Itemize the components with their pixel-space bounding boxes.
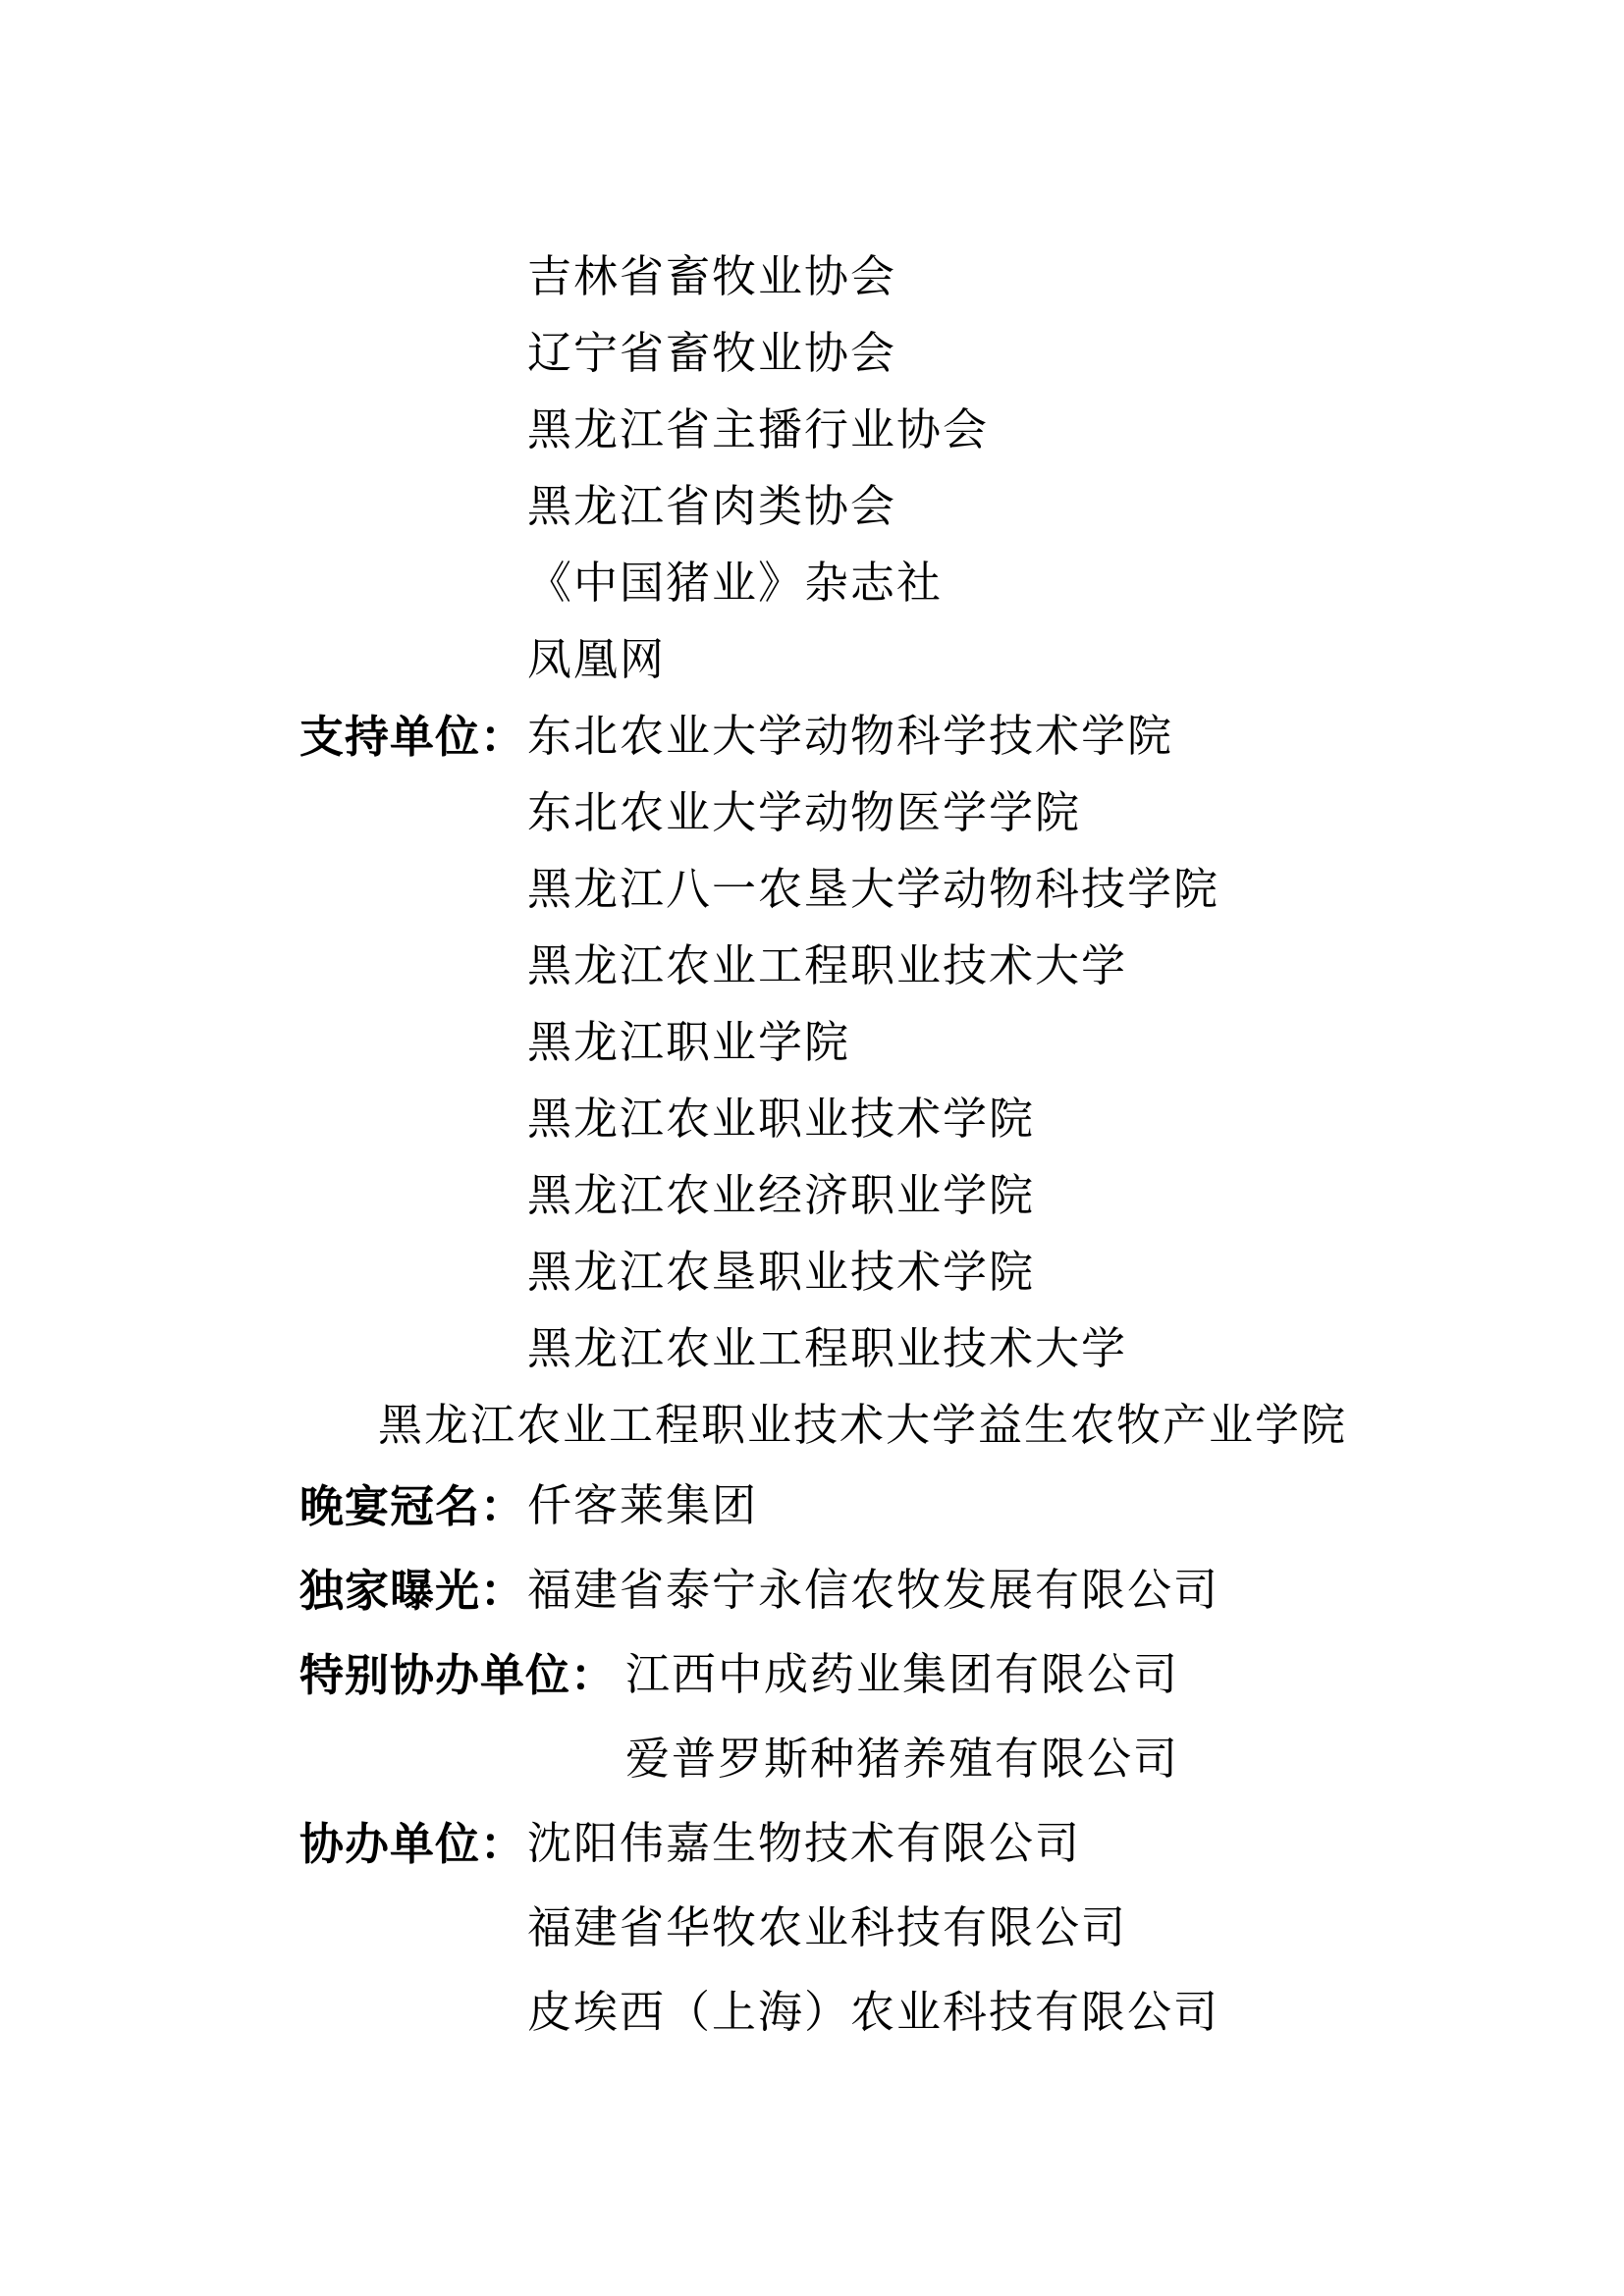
organization-name: 黑龙江农业工程职业技术大学 bbox=[527, 1327, 1127, 1371]
document-line: 皮埃西（上海）农业科技有限公司 bbox=[0, 1970, 1624, 2055]
organization-name: 东北农业大学动物科学技术学院 bbox=[527, 715, 1173, 759]
document-line: 晚宴冠名：仟客莱集团 bbox=[0, 1464, 1624, 1548]
document-line: 黑龙江农业职业技术学院 bbox=[0, 1081, 1624, 1157]
organization-name: 辽宁省畜牧业协会 bbox=[527, 332, 896, 376]
organization-name: 福建省泰宁永信农牧发展有限公司 bbox=[527, 1569, 1219, 1613]
document-line: 黑龙江农业工程职业技术大学 bbox=[0, 928, 1624, 1004]
document-line: 黑龙江八一农垦大学动物科技学院 bbox=[0, 851, 1624, 928]
document-line: 黑龙江职业学院 bbox=[0, 1004, 1624, 1081]
document-line: 黑龙江省主播行业协会 bbox=[0, 392, 1624, 468]
document-page: 吉林省畜牧业协会辽宁省畜牧业协会黑龙江省主播行业协会黑龙江省肉类协会《中国猪业》… bbox=[0, 0, 1624, 2296]
organization-name: 《中国猪业》杂志社 bbox=[527, 561, 943, 606]
section-label: 特别协办单位： bbox=[299, 1653, 625, 1697]
document-line: 吉林省畜牧业协会 bbox=[0, 239, 1624, 315]
section-label: 独家曝光： bbox=[299, 1569, 527, 1613]
organization-name: 黑龙江农业职业技术学院 bbox=[527, 1097, 1035, 1142]
document-line: 凤凰网 bbox=[0, 621, 1624, 698]
sponsor-list: 吉林省畜牧业协会辽宁省畜牧业协会黑龙江省主播行业协会黑龙江省肉类协会《中国猪业》… bbox=[0, 239, 1624, 2055]
organization-name: 皮埃西（上海）农业科技有限公司 bbox=[527, 1991, 1219, 2035]
document-line: 支持单位：东北农业大学动物科学技术学院 bbox=[0, 698, 1624, 774]
section-label: 支持单位： bbox=[299, 715, 527, 759]
organization-name: 黑龙江职业学院 bbox=[527, 1021, 850, 1065]
organization-name: 黑龙江农业工程职业技术大学益生农牧产业学院 bbox=[378, 1404, 1347, 1448]
organization-name: 黑龙江八一农垦大学动物科技学院 bbox=[527, 868, 1219, 912]
organization-name: 吉林省畜牧业协会 bbox=[527, 255, 896, 299]
section-label: 协办单位： bbox=[299, 1822, 527, 1866]
document-line: 爱普罗斯种猪养殖有限公司 bbox=[0, 1717, 1624, 1801]
organization-name: 黑龙江农业工程职业技术大学 bbox=[527, 944, 1127, 988]
organization-name: 爱普罗斯种猪养殖有限公司 bbox=[625, 1737, 1179, 1782]
document-line: 协办单位：沈阳伟嘉生物技术有限公司 bbox=[0, 1801, 1624, 1886]
organization-name: 福建省华牧农业科技有限公司 bbox=[527, 1906, 1127, 1950]
document-line: 独家曝光：福建省泰宁永信农牧发展有限公司 bbox=[0, 1548, 1624, 1632]
organization-name: 黑龙江农垦职业技术学院 bbox=[527, 1251, 1035, 1295]
organization-name: 凤凰网 bbox=[527, 638, 666, 682]
document-line: 黑龙江农业工程职业技术大学 bbox=[0, 1310, 1624, 1387]
document-line: 黑龙江省肉类协会 bbox=[0, 468, 1624, 545]
organization-name: 仟客莱集团 bbox=[527, 1484, 758, 1528]
document-line: 黑龙江农垦职业技术学院 bbox=[0, 1234, 1624, 1310]
document-line: 辽宁省畜牧业协会 bbox=[0, 315, 1624, 392]
document-line: 黑龙江农业工程职业技术大学益生农牧产业学院 bbox=[0, 1387, 1624, 1464]
organization-name: 东北农业大学动物医学学院 bbox=[527, 791, 1081, 835]
document-line: 东北农业大学动物医学学院 bbox=[0, 774, 1624, 851]
organization-name: 黑龙江省肉类协会 bbox=[527, 485, 896, 529]
section-label: 晚宴冠名： bbox=[299, 1484, 527, 1528]
document-line: 福建省华牧农业科技有限公司 bbox=[0, 1886, 1624, 1970]
organization-name: 江西中成药业集团有限公司 bbox=[625, 1653, 1179, 1697]
organization-name: 黑龙江农业经济职业学院 bbox=[527, 1174, 1035, 1218]
organization-name: 黑龙江省主播行业协会 bbox=[527, 408, 989, 453]
document-line: 特别协办单位：江西中成药业集团有限公司 bbox=[0, 1632, 1624, 1717]
document-line: 黑龙江农业经济职业学院 bbox=[0, 1157, 1624, 1234]
document-line: 《中国猪业》杂志社 bbox=[0, 545, 1624, 621]
organization-name: 沈阳伟嘉生物技术有限公司 bbox=[527, 1822, 1081, 1866]
